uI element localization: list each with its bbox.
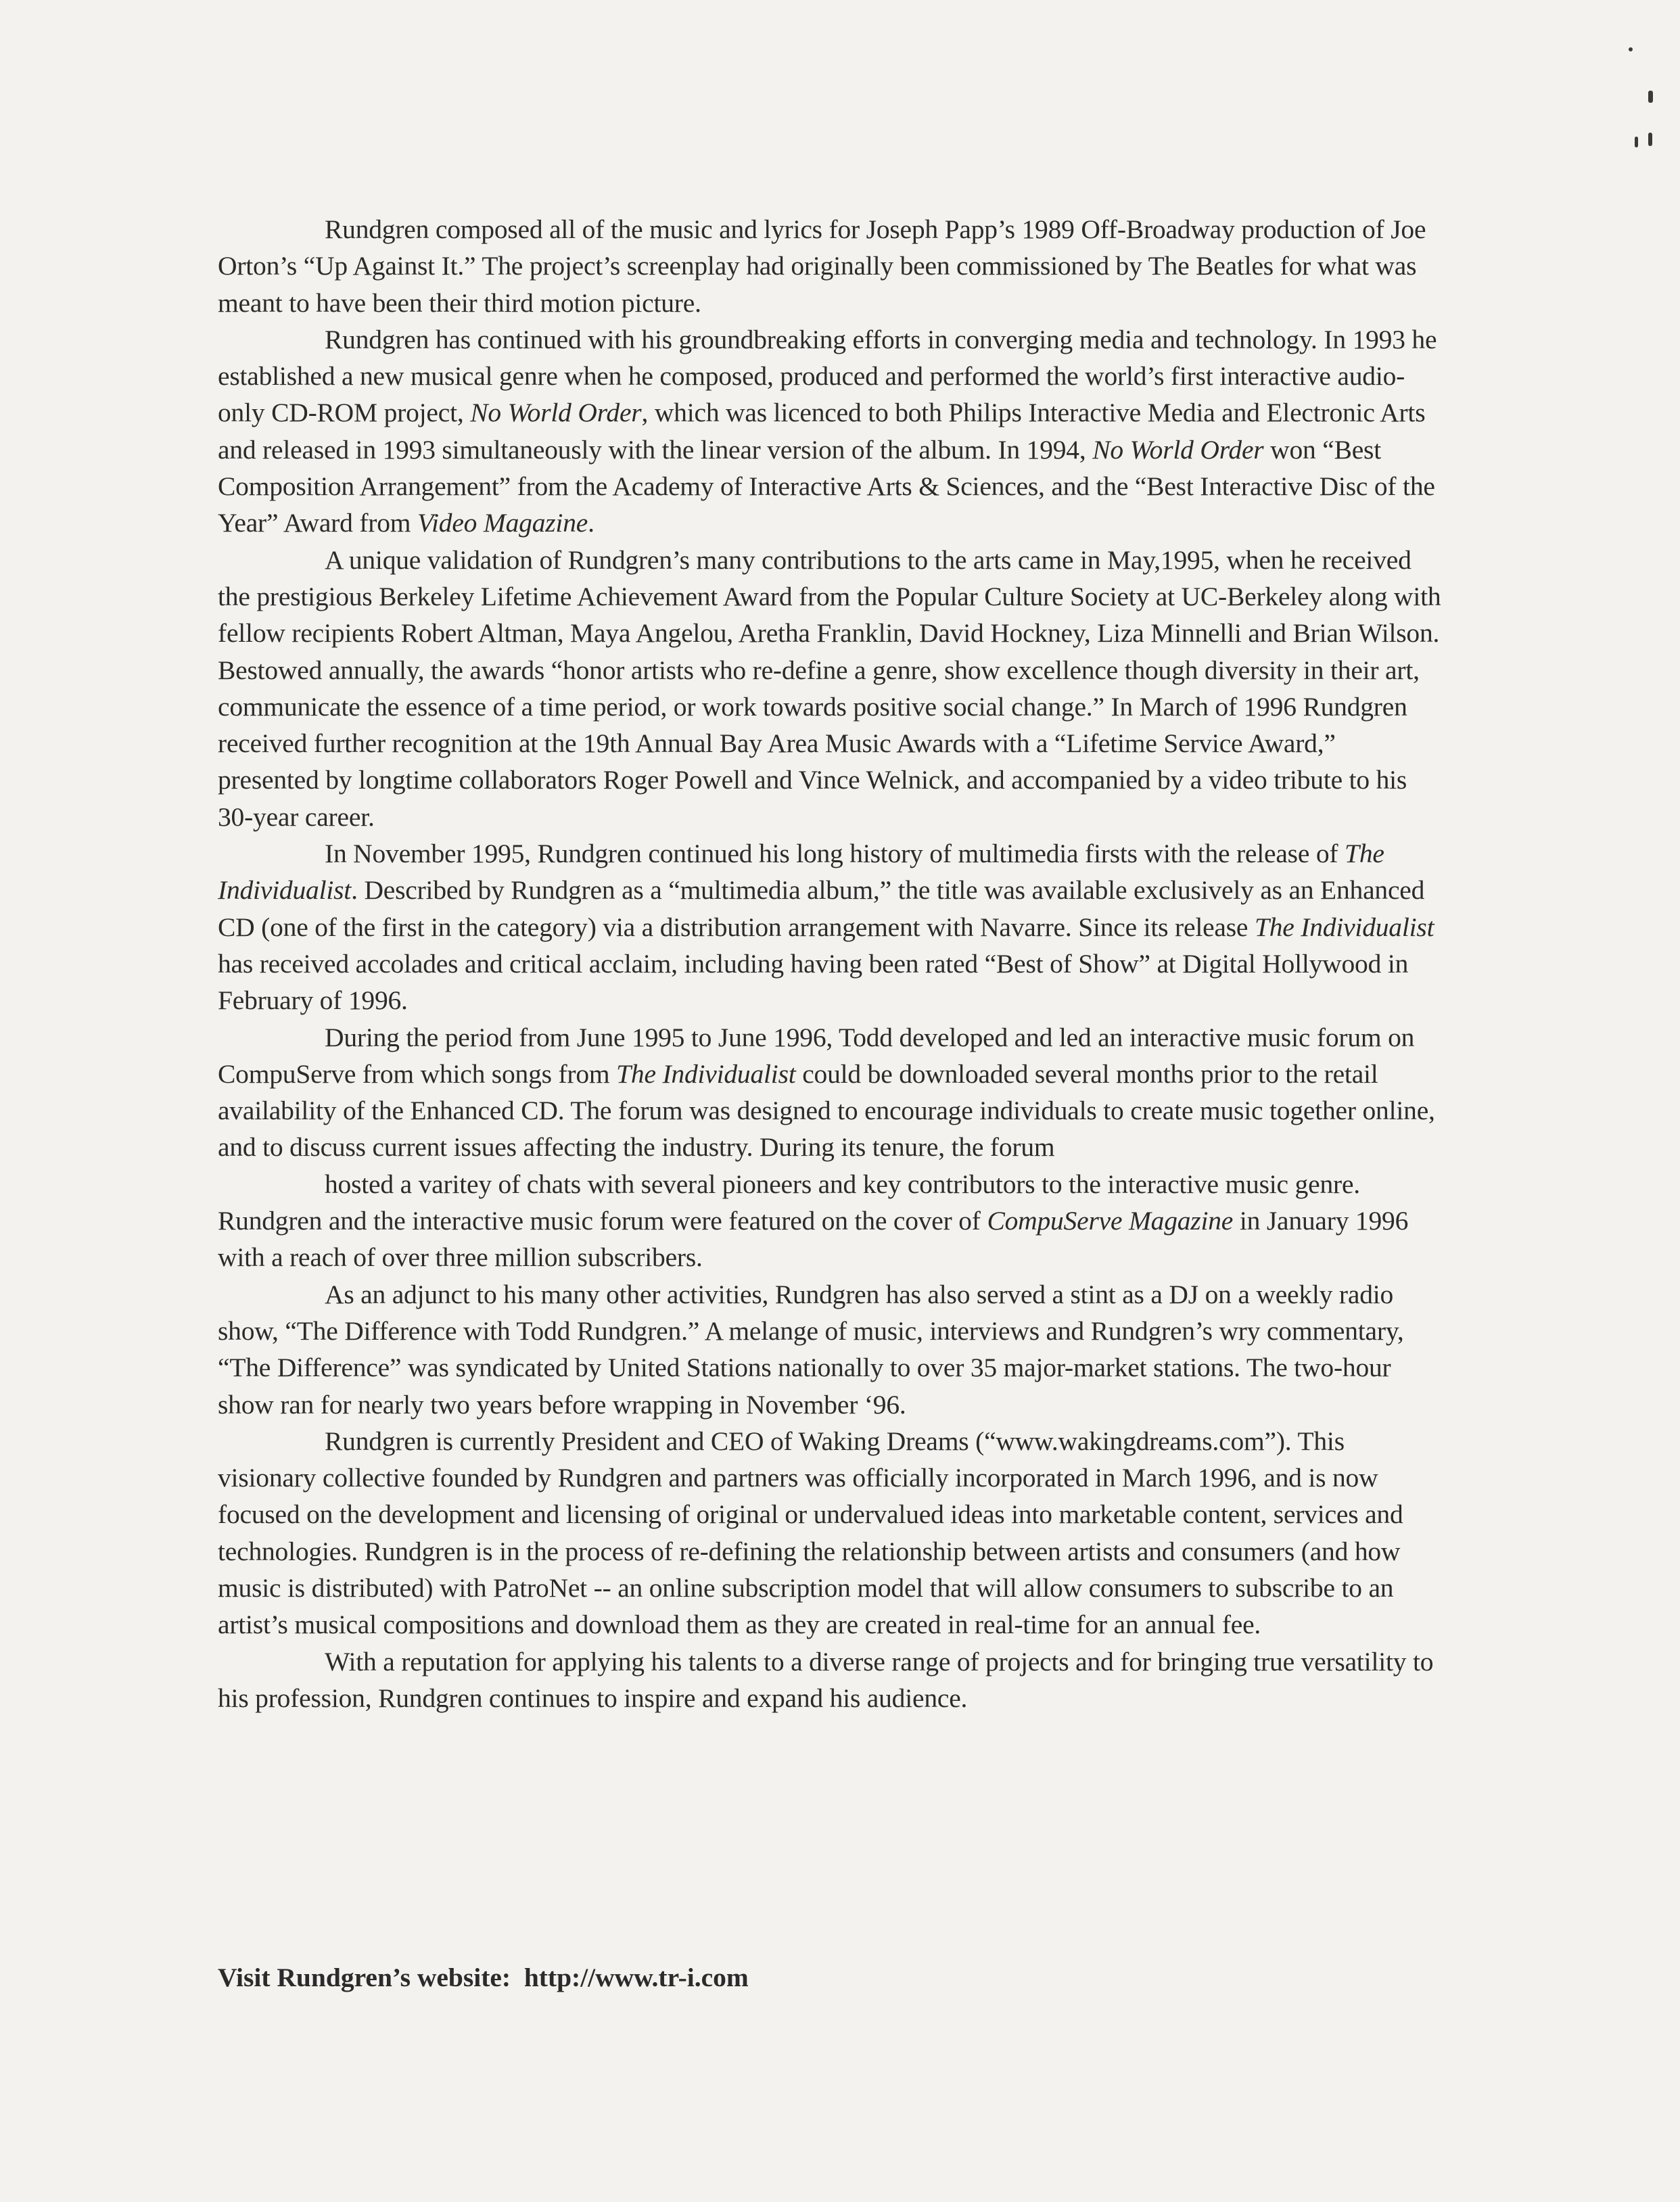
paragraph: Rundgren has continued with his groundbr… <box>218 321 1442 542</box>
paragraph-text: A unique validation of Rundgren’s many c… <box>218 545 1441 832</box>
document-body: Rundgren composed all of the music and l… <box>218 211 1442 1716</box>
paragraph-text: . Described by Rundgren as a “multimedia… <box>218 875 1424 941</box>
paragraph-text: Rundgren is currently President and CEO … <box>218 1426 1403 1639</box>
paragraph: A unique validation of Rundgren’s many c… <box>218 542 1442 835</box>
paragraph: During the period from June 1995 to June… <box>218 1019 1442 1166</box>
paragraph: With a reputation for applying his talen… <box>218 1643 1442 1717</box>
paragraph-text: As an adjunct to his many other activiti… <box>218 1280 1404 1420</box>
paragraph: In November 1995, Rundgren continued his… <box>218 835 1442 1018</box>
italic-title: No World Order <box>1092 435 1263 465</box>
paragraph-text: has received accolades and critical accl… <box>218 949 1408 1015</box>
paragraph: Rundgren is currently President and CEO … <box>218 1423 1442 1643</box>
paragraph-text: Rundgren composed all of the music and l… <box>218 214 1426 318</box>
website-link[interactable]: http://www.tr-i.com <box>524 1963 749 1992</box>
paragraph: As an adjunct to his many other activiti… <box>218 1276 1442 1423</box>
staple-mark-icon <box>1629 47 1633 51</box>
italic-title: The Individualist <box>1255 912 1434 942</box>
website-footer: Visit Rundgren’s website: http://www.tr-… <box>218 1959 749 1996</box>
italic-title: CompuServe Magazine <box>987 1206 1233 1236</box>
staple-mark-icon <box>1648 91 1653 103</box>
italic-title: Video Magazine <box>417 508 588 538</box>
italic-title: The Individualist <box>616 1059 795 1089</box>
italic-title: No World Order <box>470 398 641 427</box>
staple-mark-icon <box>1635 137 1638 147</box>
paragraph: Rundgren composed all of the music and l… <box>218 211 1442 321</box>
footer-label: Visit Rundgren’s website: <box>218 1963 524 1992</box>
staple-mark-icon <box>1648 133 1652 146</box>
paragraph-text: . <box>588 508 594 538</box>
paragraph-text: With a reputation for applying his talen… <box>218 1647 1433 1713</box>
paragraph: hosted a varitey of chats with several p… <box>218 1166 1442 1276</box>
paragraph-text: In November 1995, Rundgren continued his… <box>325 839 1345 868</box>
